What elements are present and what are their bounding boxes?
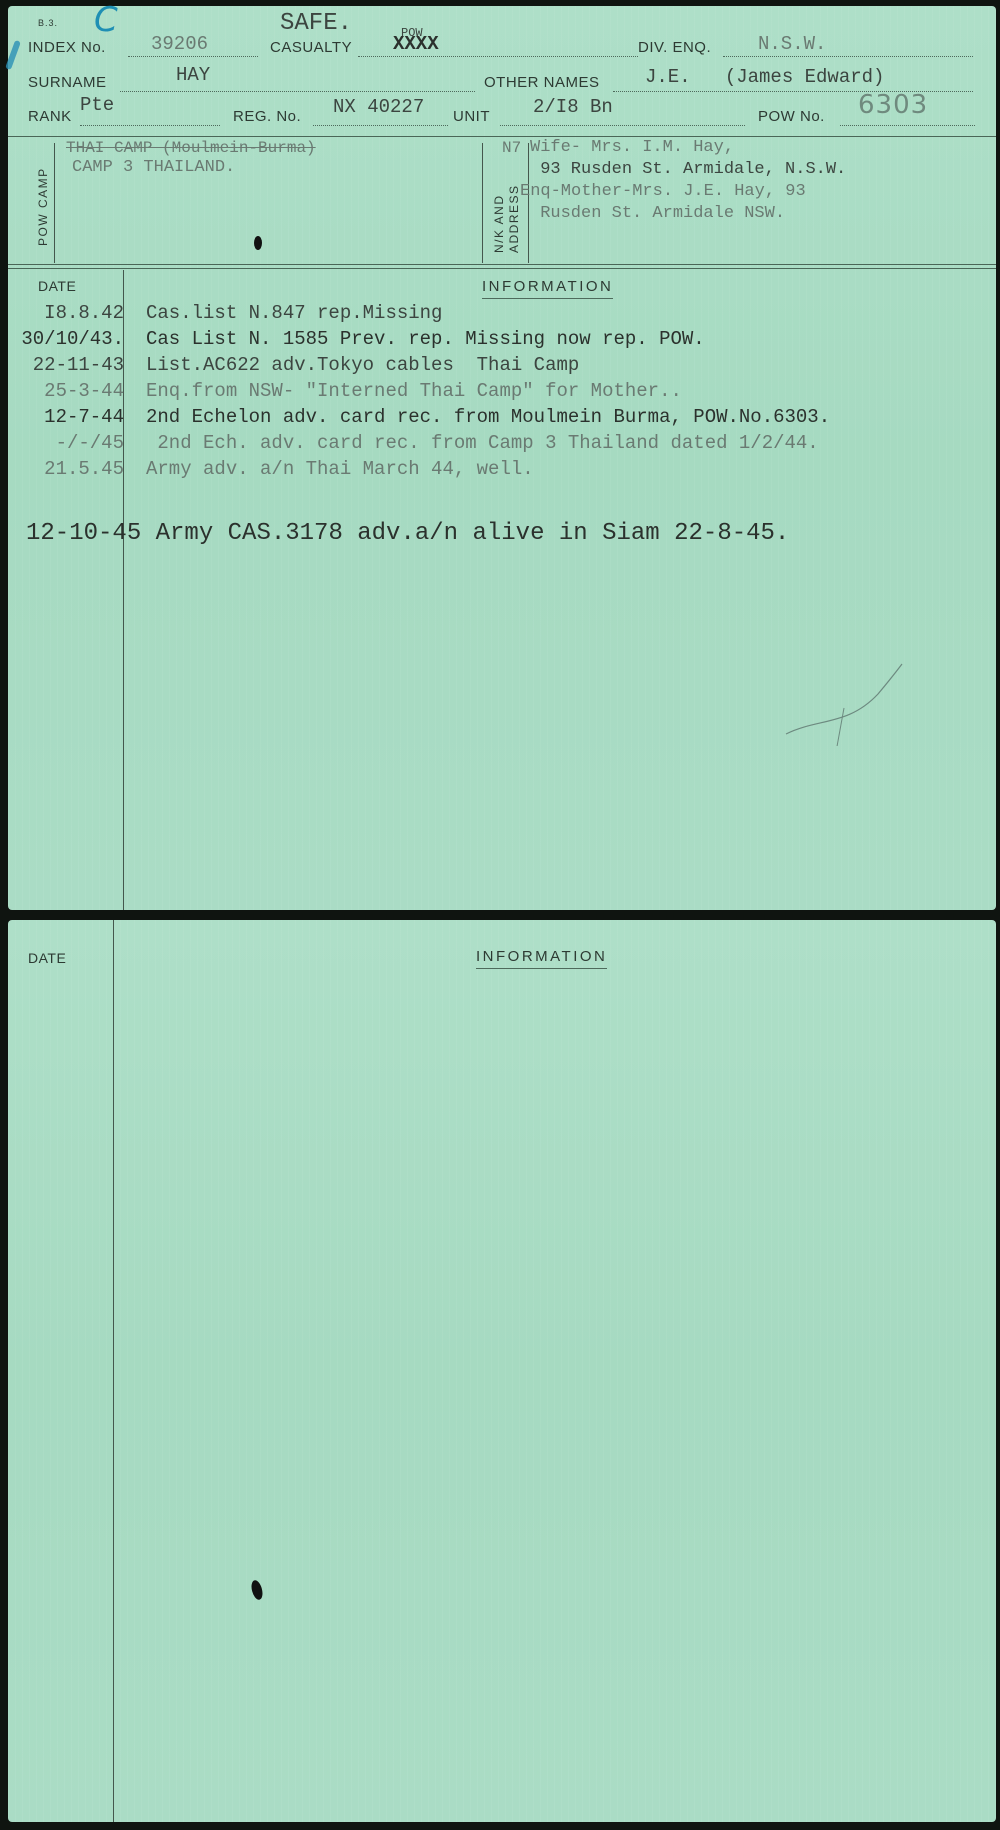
punch-hole	[254, 236, 262, 250]
pencil-mark	[778, 656, 918, 746]
other-names-label: OTHER NAMES	[484, 74, 600, 91]
entry-info: List.AC622 adv.Tokyo cables Thai Camp	[146, 354, 579, 376]
rank-label: RANK	[28, 108, 72, 125]
reg-no-value: NX 40227	[333, 96, 424, 118]
blue-pen-stroke	[5, 40, 21, 70]
entry-date: 21.5.45	[44, 458, 124, 480]
surname-label: SURNAME	[28, 74, 107, 91]
div-enq-label: DIV. ENQ.	[638, 39, 711, 56]
entry-row: 22-11-43List.AC622 adv.Tokyo cables Thai…	[8, 354, 996, 380]
nk-left-divider	[482, 143, 483, 263]
status-stamp: SAFE.	[280, 10, 352, 37]
nk-right-divider	[528, 143, 529, 263]
nk-line: Rusden St. Armidale NSW.	[530, 203, 846, 225]
record-card-back: DATE INFORMATION	[8, 920, 996, 1822]
date-header-back: DATE	[28, 950, 66, 966]
entry-date: 22-11-43	[33, 354, 124, 376]
casualty-value: XXXX	[393, 33, 439, 55]
entry-info: 2nd Echelon adv. card rec. from Moulmein…	[146, 406, 830, 428]
entry-row: 21.5.45Army adv. a/n Thai March 44, well…	[8, 458, 996, 484]
entry-row: 12-7-442nd Echelon adv. card rec. from M…	[8, 406, 996, 432]
nk-address-block: Wife- Mrs. I.M. Hay, 93 Rusden St. Armid…	[530, 137, 846, 225]
entry-info: Cas List N. 1585 Prev. rep. Missing now …	[146, 328, 705, 350]
pow-camp-struck: THAI CAMP (Moulmein-Burma)	[66, 139, 316, 157]
div-enq-value: N.S.W.	[758, 33, 826, 55]
nk-label-line-2: ADDRESS	[507, 184, 521, 253]
reg-no-field-line	[313, 125, 448, 126]
entry-row: -/-/45 2nd Ech. adv. card rec. from Camp…	[8, 432, 996, 458]
pow-camp-label: POW CAMP	[36, 167, 50, 246]
date-column-divider-back	[113, 920, 114, 1822]
entry-date: I8.8.42	[44, 302, 124, 324]
nk-line: Wife- Mrs. I.M. Hay,	[530, 137, 846, 159]
info-divider-2	[8, 268, 996, 269]
surname-value: HAY	[176, 64, 210, 86]
info-divider-1	[8, 264, 996, 265]
index-value: 39206	[151, 33, 208, 55]
div-enq-field-line	[723, 56, 973, 57]
index-field-line	[128, 56, 258, 57]
punch-hole-back	[250, 1579, 265, 1601]
pow-no-value: 6303	[858, 90, 928, 120]
information-header-back: INFORMATION	[476, 948, 607, 969]
index-label: INDEX No.	[28, 39, 106, 56]
nk-line: 93 Rusden St. Armidale, N.S.W.	[530, 159, 846, 181]
nk-code: N7	[502, 139, 521, 157]
unit-value: 2/I8 Bn	[533, 96, 613, 118]
pow-camp-divider	[54, 143, 55, 263]
pow-no-field-line	[840, 125, 975, 126]
other-names-value: J.E. (James Edward)	[645, 66, 884, 88]
nk-label-line-1: N/K AND	[492, 194, 506, 253]
casualty-label: CASUALTY	[270, 39, 352, 56]
pow-camp-value: CAMP 3 THAILAND.	[72, 158, 235, 177]
casualty-field-line	[358, 56, 638, 57]
entry-info: Cas.list N.847 rep.Missing	[146, 302, 442, 324]
entry-info: 2nd Ech. adv. card rec. from Camp 3 Thai…	[146, 432, 819, 454]
entries-list: I8.8.42Cas.list N.847 rep.Missing30/10/4…	[8, 302, 996, 484]
reg-no-label: REG. No.	[233, 108, 301, 125]
unit-field-line	[500, 125, 745, 126]
information-header: INFORMATION	[482, 278, 613, 299]
rank-value: Pte	[80, 94, 114, 116]
record-card-front: B.3. C INDEX No. 39206 SAFE. CASUALTY PO…	[8, 6, 996, 910]
entry-info: Enq.from NSW- "Interned Thai Camp" for M…	[146, 380, 682, 402]
date-header: DATE	[38, 278, 76, 294]
pow-no-label: POW No.	[758, 108, 825, 125]
handwritten-mark: C	[94, 0, 118, 40]
entry-row: 30/10/43.Cas List N. 1585 Prev. rep. Mis…	[8, 328, 996, 354]
entry-info: Army adv. a/n Thai March 44, well.	[146, 458, 534, 480]
entry-row: I8.8.42Cas.list N.847 rep.Missing	[8, 302, 996, 328]
entry-date: 12-7-44	[44, 406, 124, 428]
entry-row: 25-3-44Enq.from NSW- "Interned Thai Camp…	[8, 380, 996, 406]
unit-label: UNIT	[453, 108, 490, 125]
surname-field-line	[120, 91, 475, 92]
entry-date: 25-3-44	[44, 380, 124, 402]
header-divider	[8, 136, 996, 137]
nk-line: Enq-Mother-Mrs. J.E. Hay, 93	[520, 181, 836, 203]
form-code: B.3.	[38, 18, 58, 28]
rank-field-line	[80, 125, 220, 126]
entry-date: 30/10/43.	[21, 328, 124, 350]
final-entry: 12-10-45 Army CAS.3178 adv.a/n alive in …	[26, 520, 789, 547]
entry-date: -/-/45	[56, 432, 124, 454]
